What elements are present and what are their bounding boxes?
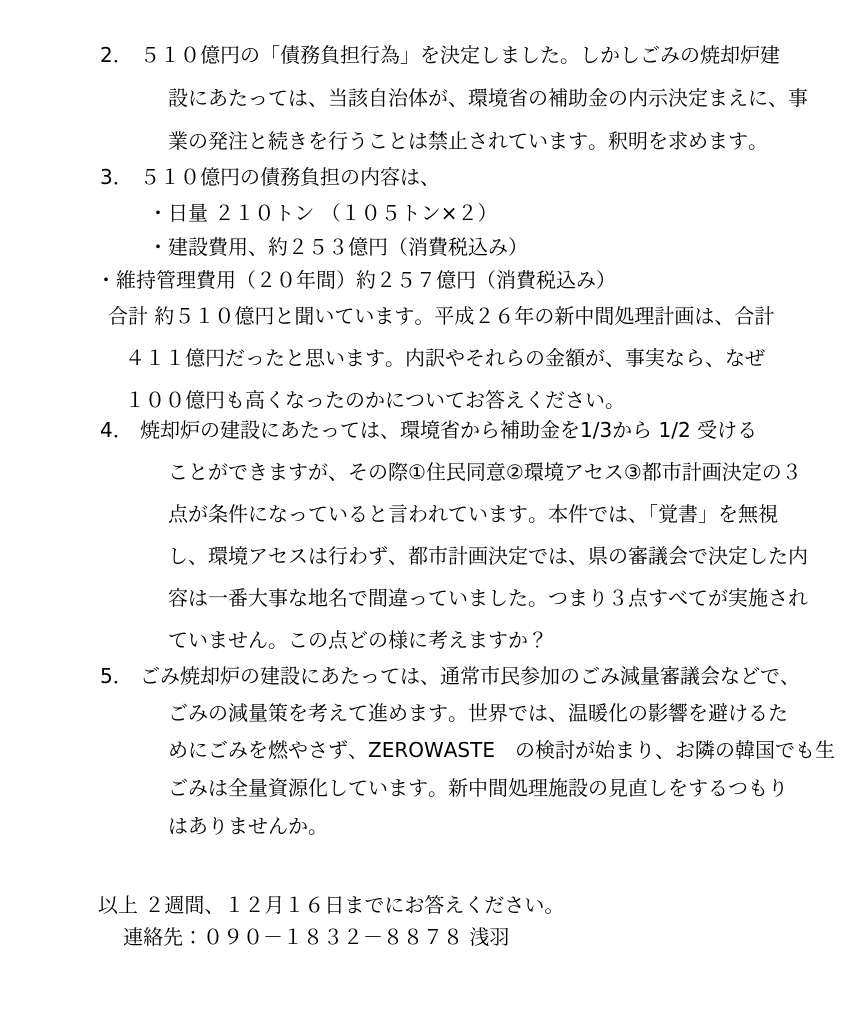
text-line: 容は一番大事な地名で間違っていました。つまり３点すべてが実施され: [168, 585, 808, 611]
text-line: ていません。この点どの様に考えますか？: [168, 627, 548, 653]
text-line: ・建設費用、約２５３億円（消費税込み）: [148, 234, 528, 260]
list-item-number: 5．: [100, 663, 133, 689]
text-line: めにごみを燃やさず、ZEROWASTE の検討が始まり、お隣の韓国でも生: [168, 737, 835, 763]
text-line: 設にあたっては、当該自治体が、環境省の補助金の内示決定まえに、事: [168, 85, 808, 111]
text-line: 合計 約５１０億円と聞いています。平成２６年の新中間処理計画は、合計: [108, 303, 774, 329]
text-line: 以上 ２週間、１２月１６日までにお答えください。: [98, 892, 564, 918]
list-item-text: ５１０億円の債務負担の内容は、: [140, 164, 440, 190]
text-line: ４１１億円だったと思います。内訳やそれらの金額が、事実なら、なぜ: [125, 345, 765, 371]
text-line: 連絡先：０９０－１８３２－８８７８ 浅羽: [123, 924, 509, 950]
text-line: １００億円も高くなったのかについてお答えください。: [125, 387, 625, 413]
text-line: ことができますが、その際①住民同意②環境アセス③都市計画決定の３: [168, 459, 802, 485]
text-line: 点が条件になっていると言われています。本件では、「覚書」を無視: [168, 501, 778, 527]
document-page: 2．５１０億円の「債務負担行為」を決定しました。しかしごみの焼却炉建設にあたって…: [0, 0, 856, 1024]
text-line: ごみは全量資源化しています。新中間処理施設の見直しをするつもり: [168, 775, 788, 801]
text-line: はありませんか。: [168, 813, 328, 839]
list-item-text: ごみ焼却炉の建設にあたっては、通常市民参加のごみ減量審議会などで、: [140, 663, 800, 689]
text-line: 業の発注と続きを行うことは禁止されています。釈明を求めます。: [168, 128, 768, 154]
text-line: ・日量 ２１０トン （１０５トン×２）: [148, 200, 497, 226]
text-line: ・維持管理費用（２０年間）約２５７億円（消費税込み）: [96, 267, 616, 293]
list-item-number: 3．: [100, 164, 133, 190]
list-item-text: ５１０億円の「債務負担行為」を決定しました。しかしごみの焼却炉建: [140, 42, 780, 68]
list-item-number: 4．: [100, 417, 133, 443]
text-line: ごみの減量策を考えて進めます。世界では、温暖化の影響を避けるた: [168, 700, 788, 726]
list-item-text: 焼却炉の建設にあたっては、環境省から補助金を1/3から 1/2 受ける: [140, 417, 757, 443]
list-item-number: 2．: [100, 42, 133, 68]
text-line: し、環境アセスは行わず、都市計画決定では、県の審議会で決定した内: [168, 543, 808, 569]
